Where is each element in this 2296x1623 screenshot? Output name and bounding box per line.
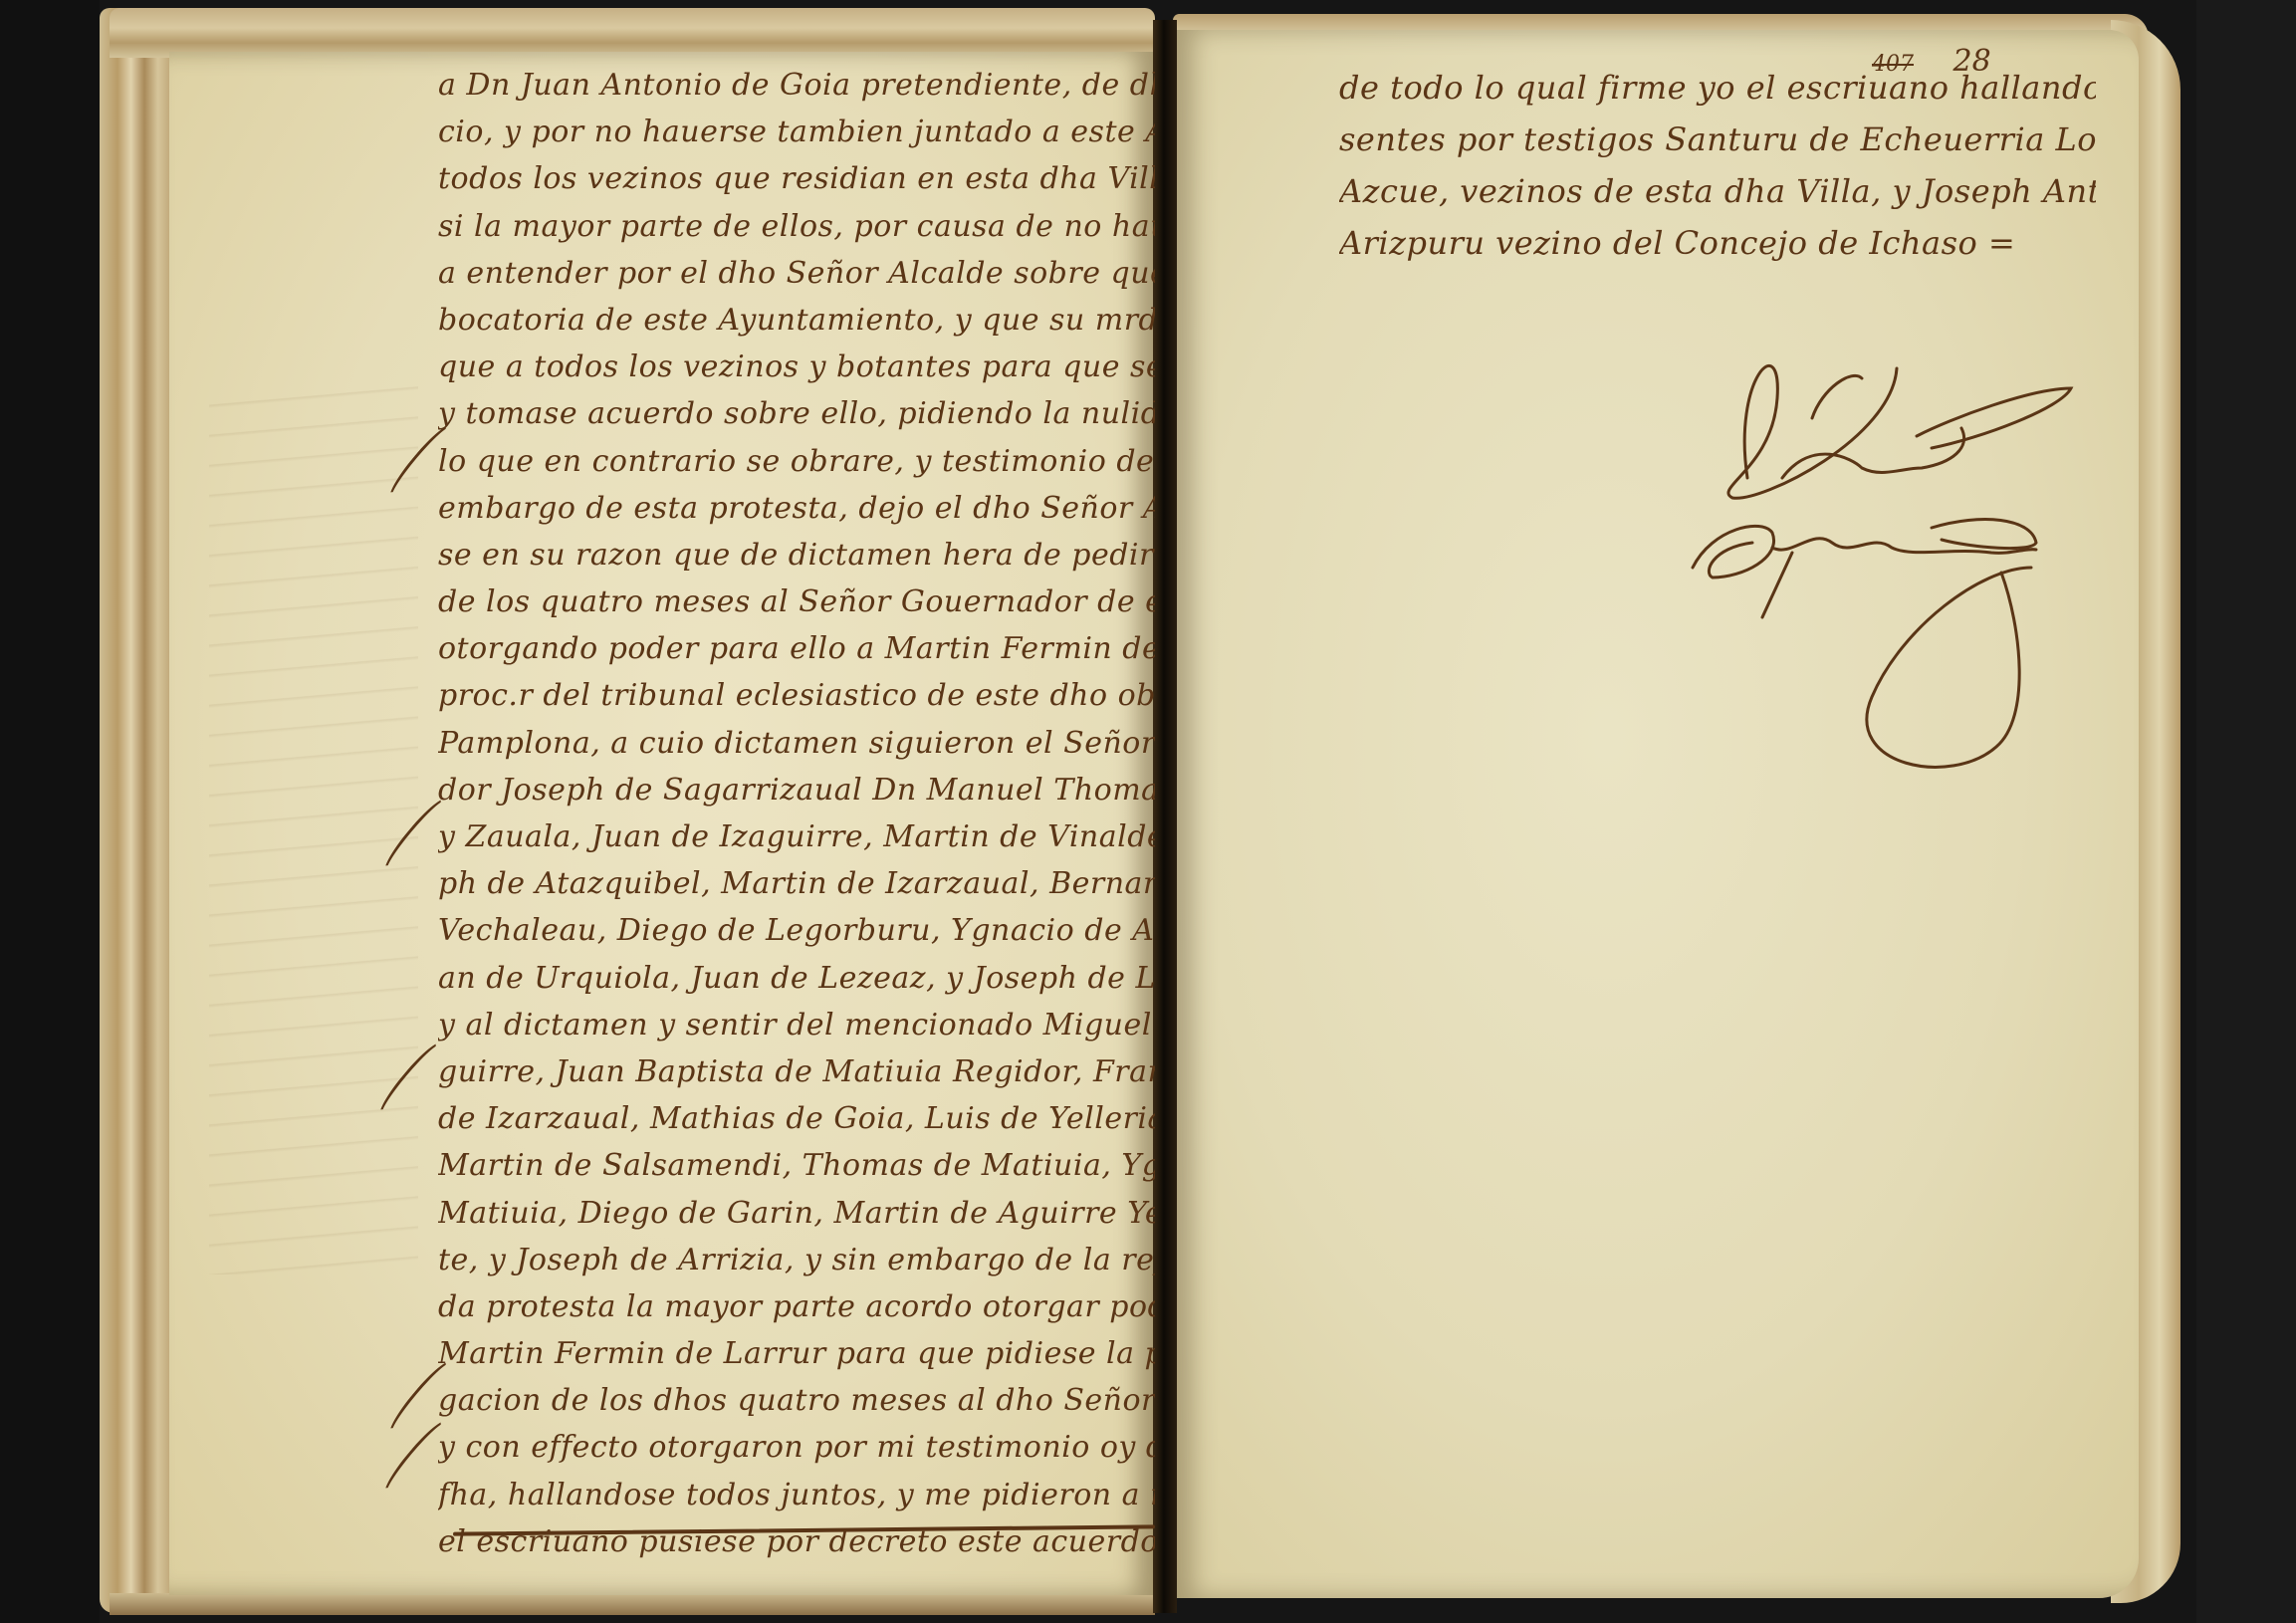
signature-rubric	[1653, 319, 2111, 777]
text-line: y con effecto otorgaron por mi testimoni…	[438, 1424, 1155, 1471]
left-page-stack-top	[110, 8, 1155, 58]
text-line: Matiuia, Diego de Garin, Martin de Aguir…	[438, 1190, 1155, 1237]
text-line: gacion de los dhos quatro meses al dho S…	[438, 1377, 1155, 1424]
text-line: de los quatro meses al Señor Gouernador …	[438, 579, 1155, 625]
text-line: ph de Atazquibel, Martin de Izarzaual, B…	[438, 860, 1155, 907]
text-line: lo que en contrario se obrare, y testimo…	[438, 438, 1155, 485]
text-line: sentes por testigos Santuru de Echeuerri…	[1339, 114, 2096, 165]
text-line: Azcue, vezinos de esta dha Villa, y Jose…	[1339, 165, 2096, 217]
text-line: de todo lo qual firme yo el escriuano ha…	[1339, 62, 2096, 114]
left-page-stack-bottom	[110, 1593, 1155, 1615]
background-left	[0, 0, 100, 1623]
text-line: bocatoria de este Ayuntamiento, y que su…	[438, 297, 1155, 344]
text-line: cio, y por no hauerse tambien juntado a …	[438, 109, 1155, 155]
text-line: an de Urquiola, Juan de Lezeaz, y Joseph…	[438, 955, 1155, 1002]
text-line: proc.r del tribunal eclesiastico de este…	[438, 672, 1155, 719]
text-line: a entender por el dho Señor Alcalde sobr…	[438, 250, 1155, 297]
right-page-text: de todo lo qual firme yo el escriuano ha…	[1339, 62, 2096, 269]
book-gutter	[1153, 20, 1177, 1613]
text-line: embargo de esta protesta, dejo el dho Se…	[438, 485, 1155, 532]
text-line: Martin Fermin de Larrur para que pidiese…	[438, 1330, 1155, 1377]
text-line: dor Joseph de Sagarrizaual Dn Manuel Tho…	[438, 767, 1155, 813]
text-line: Vechaleau, Diego de Legorburu, Ygnacio d…	[438, 907, 1155, 954]
text-line: fha, hallandose todos juntos, y me pidie…	[438, 1472, 1155, 1518]
left-page-text: a Dn Juan Antonio de Goia pretendiente, …	[438, 62, 1155, 1565]
text-line: guirre, Juan Baptista de Matiuia Regidor…	[438, 1048, 1155, 1095]
text-line: a Dn Juan Antonio de Goia pretendiente, …	[438, 62, 1155, 109]
text-line: Pamplona, a cuio dictamen siguieron el S…	[438, 720, 1155, 767]
ink-bleed-through	[209, 378, 418, 1275]
text-line: Martin de Salsamendi, Thomas de Matiuia,…	[438, 1142, 1155, 1189]
text-line: y al dictamen y sentir del mencionado Mi…	[438, 1002, 1155, 1048]
background-right	[2196, 0, 2296, 1623]
text-line: todos los vezinos que residian en esta d…	[438, 155, 1155, 202]
text-line: Arizpuru vezino del Concejo de Ichaso =	[1339, 217, 2096, 269]
text-line: otorgando poder para ello a Martin Fermi…	[438, 625, 1155, 672]
text-line: y Zauala, Juan de Izaguirre, Martin de V…	[438, 813, 1155, 860]
text-line: se en su razon que de dictamen hera de p…	[438, 532, 1155, 579]
text-line: te, y Joseph de Arrizia, y sin embargo d…	[438, 1237, 1155, 1283]
text-line: da protesta la mayor parte acordo otorga…	[438, 1283, 1155, 1330]
text-line: y tomase acuerdo sobre ello, pidiendo la…	[438, 390, 1155, 437]
text-line: que a todos los vezinos y botantes para …	[438, 344, 1155, 390]
text-line: si la mayor parte de ellos, por causa de…	[438, 203, 1155, 250]
text-line: de Izarzaual, Mathias de Goia, Luis de Y…	[438, 1095, 1155, 1142]
